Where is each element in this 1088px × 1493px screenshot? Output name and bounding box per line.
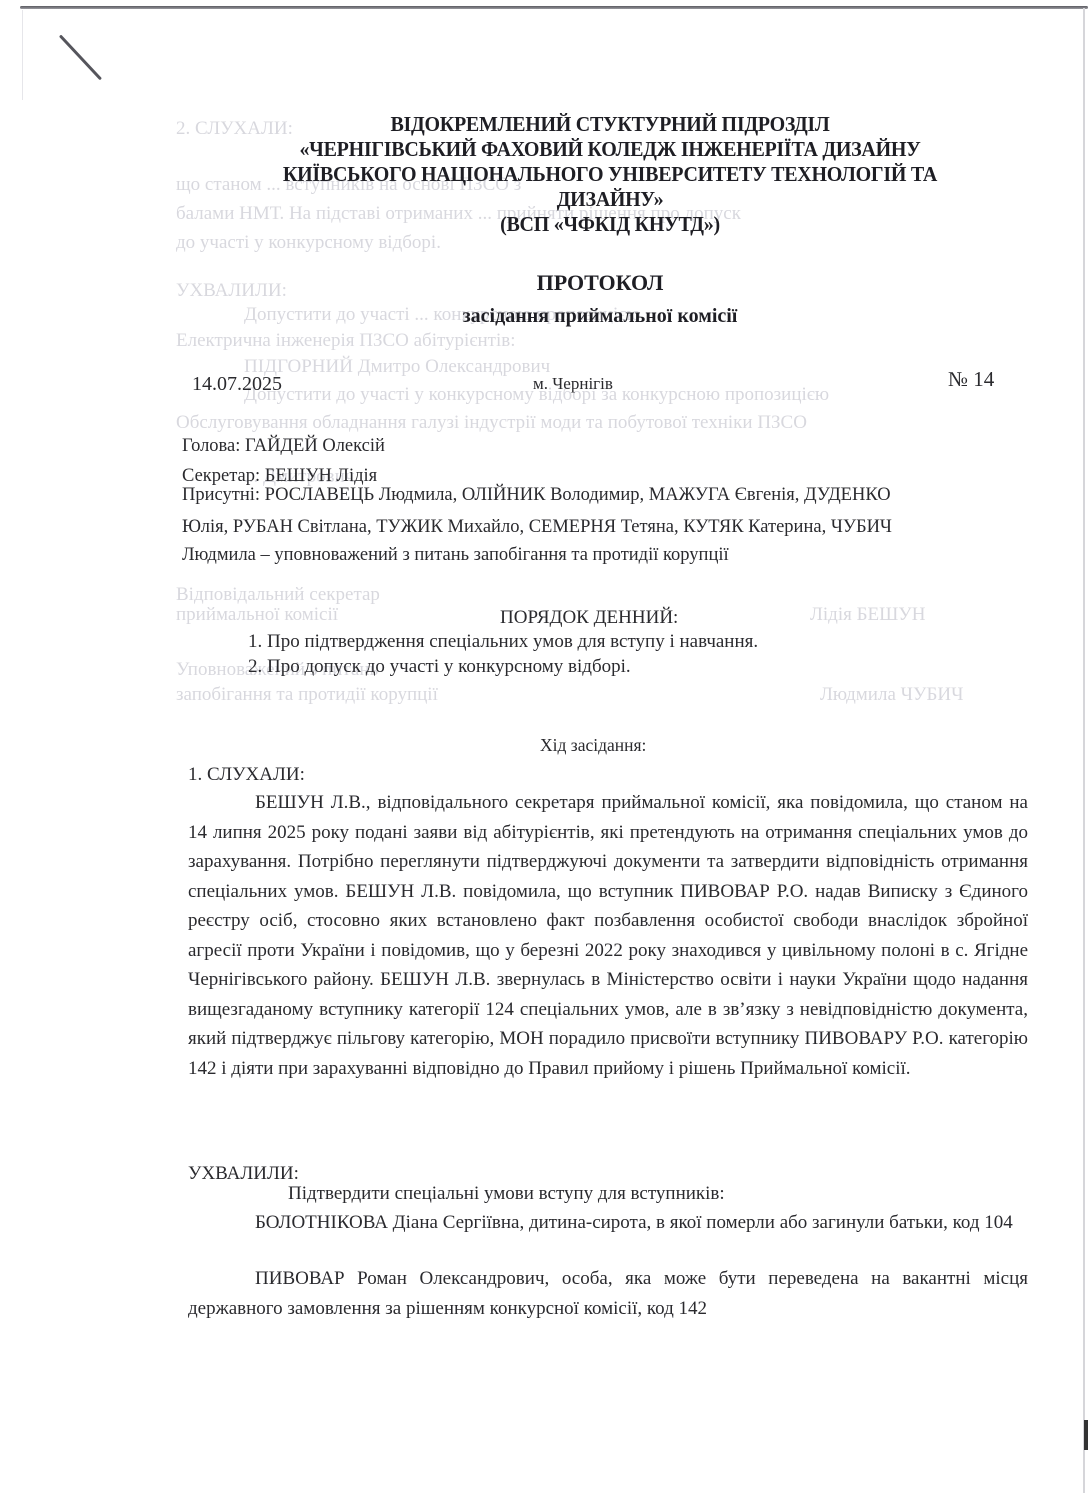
agenda-title: ПОРЯДОК ДЕННИЙ:	[500, 607, 678, 629]
protocol-number: № 14	[948, 367, 994, 392]
proceedings-title: Хід засідання:	[540, 735, 646, 756]
protocol-city: м. Чернігів	[533, 374, 613, 394]
header-line: ДИЗАЙНУ»	[257, 187, 964, 212]
present-line: Присутні: РОСЛАВЕЦЬ Людмила, ОЛІЙНИК Вол…	[182, 485, 891, 506]
resolved-item: ПИВОВАР Роман Олександрович, особа, яка …	[188, 1264, 1028, 1323]
header-line: КИЇВСЬКОГО НАЦІОНАЛЬНОГО УНІВЕРСИТЕТУ ТЕ…	[257, 162, 964, 187]
protocol-date: 14.07.2025	[192, 373, 282, 396]
header-line: «ЧЕРНІГІВСЬКИЙ ФАХОВИЙ КОЛЕДЖ ІНЖЕНЕРІЇТ…	[257, 137, 964, 162]
header-line: ВІДОКРЕМЛЕНИЙ СТУКТУРНИЙ ПІДРОЗДІЛ	[257, 112, 964, 137]
resolved-intro: Підтвердити спеціальні умови вступу для …	[288, 1183, 725, 1205]
chair-line: Голова: ГАЙДЕЙ Олексій	[182, 436, 385, 457]
resolved-heading: УХВАЛИЛИ:	[188, 1163, 299, 1185]
heard-heading: 1. СЛУХАЛИ:	[188, 764, 305, 786]
institution-header: ВІДОКРЕМЛЕНИЙ СТУКТУРНИЙ ПІДРОЗДІЛ «ЧЕРН…	[257, 112, 964, 237]
resolved-item: БОЛОТНІКОВА Діана Сергіївна, дитина-сиро…	[188, 1208, 1028, 1238]
header-line: (ВСП «ЧФКІД КНУТД»)	[257, 212, 964, 237]
agenda-item: 2. Про допуск до участі у конкурсному ві…	[248, 656, 631, 678]
agenda-item: 1. Про підтвердження спеціальних умов дл…	[248, 631, 758, 653]
protocol-title: ПРОТОКОЛ	[200, 270, 1000, 296]
protocol-subtitle: засідання приймальної комісії	[200, 305, 1000, 328]
present-line: Юлія, РУБАН Світлана, ТУЖИК Михайло, СЕМ…	[182, 517, 892, 538]
present-line: Людмила – уповноважений з питань запобіг…	[182, 545, 729, 566]
secretary-line: Секретар: БЕШУН Лідія	[182, 466, 377, 487]
heard-paragraph: БЕШУН Л.В., відповідального секретаря пр…	[188, 788, 1028, 1083]
document-page: ВІДОКРЕМЛЕНИЙ СТУКТУРНИЙ ПІДРОЗДІЛ «ЧЕРН…	[0, 0, 1088, 1493]
